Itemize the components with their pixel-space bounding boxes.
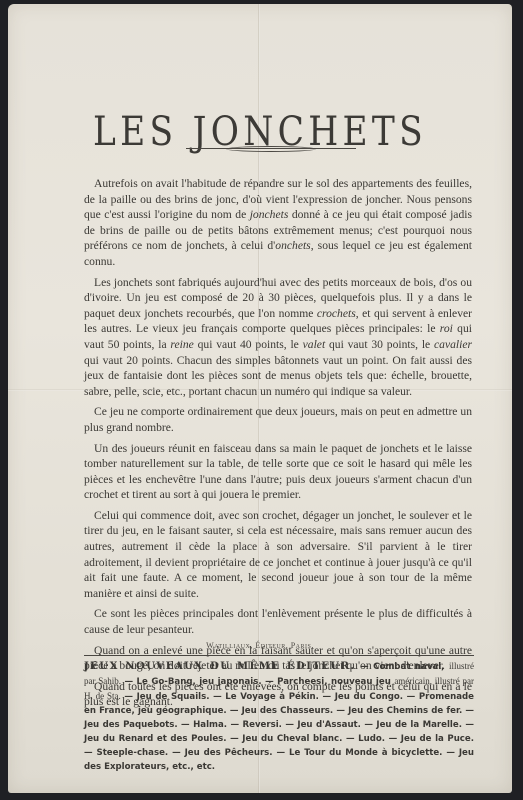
- new-games-heading: JEUX NOUVEAUX DU MÊME ÉDITEUR.: [84, 661, 355, 672]
- paragraph: Celui qui commence doit, avec son croche…: [84, 508, 472, 602]
- paragraph: Un des joueurs réunit en faisceau dans s…: [84, 441, 472, 503]
- paragraph: Autrefois on avait l'habitude de répandr…: [84, 176, 472, 270]
- publisher-imprint: Watilliaux, Éditeur, Paris.: [8, 641, 512, 650]
- title-ornament-rule: [186, 144, 356, 154]
- paragraph: Ce sont les pièces principales dont l'en…: [84, 606, 472, 637]
- new-games-list: JEUX NOUVEAUX DU MÊME ÉDITEUR. — Combat …: [84, 659, 474, 774]
- paragraph: Ce jeu ne comporte ordinairement que deu…: [84, 404, 472, 435]
- rules-text: Autrefois on avait l'habitude de répandr…: [84, 176, 472, 715]
- paragraph: Les jonchets sont fabriqués aujourd'hui …: [84, 275, 472, 400]
- section-divider: [84, 655, 474, 656]
- printed-sheet: LES JONCHETS Autrefois on avait l'habitu…: [8, 4, 512, 793]
